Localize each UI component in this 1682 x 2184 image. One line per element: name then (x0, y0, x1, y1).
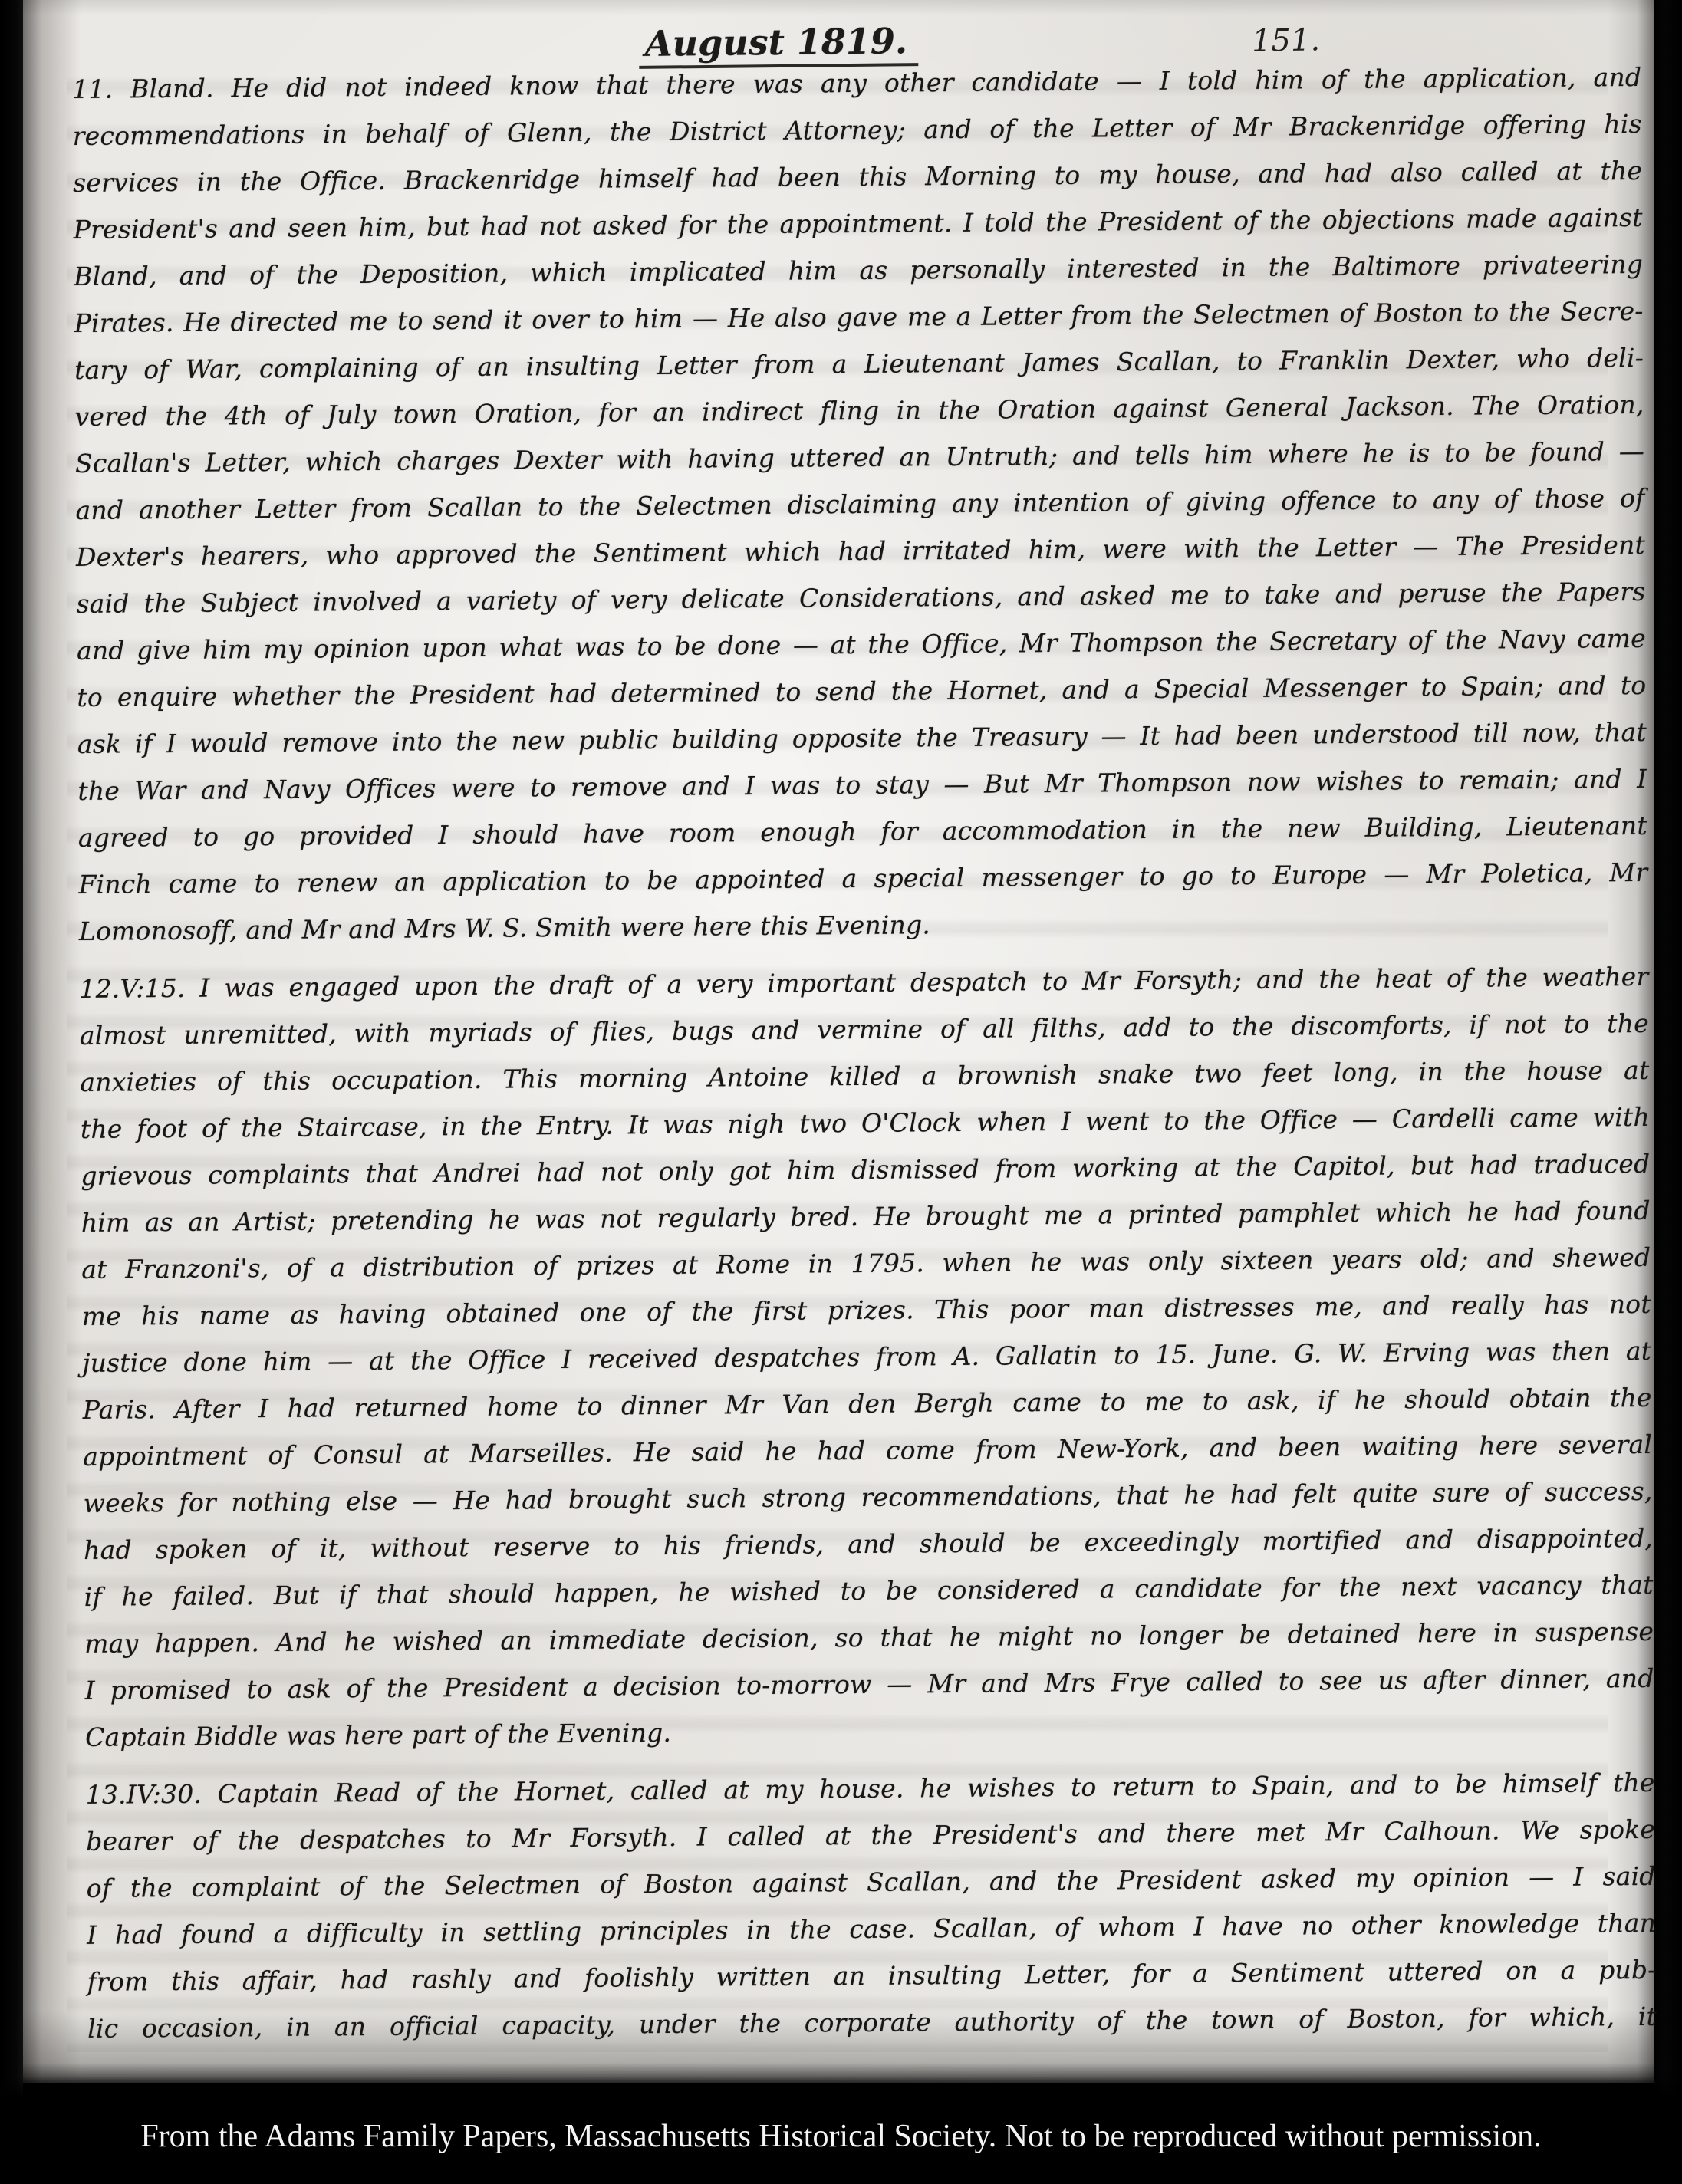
manuscript-body: 11. Bland. He did not indeed know that t… (72, 54, 1657, 2052)
diary-entry-13: 13.IV:30. Captain Read of the Hornet, ca… (85, 1759, 1657, 2052)
diary-page: August 1819. 151. 11. Bland. He did not … (21, 0, 1654, 2083)
diary-entry-12: 12.V:15. I was engaged upon the draft of… (79, 953, 1654, 1761)
archive-credit-line: From the Adams Family Papers, Massachuse… (0, 2118, 1682, 2155)
diary-entry-11: 11. Bland. He did not indeed know that t… (72, 54, 1648, 955)
book-gutter-shadow (0, 0, 23, 2184)
footer-band: From the Adams Family Papers, Massachuse… (0, 2077, 1682, 2184)
manuscript-scan: August 1819. 151. 11. Bland. He did not … (0, 0, 1682, 2184)
page-number: 151. (1252, 22, 1321, 59)
page-edge-shadow (1653, 0, 1682, 2184)
